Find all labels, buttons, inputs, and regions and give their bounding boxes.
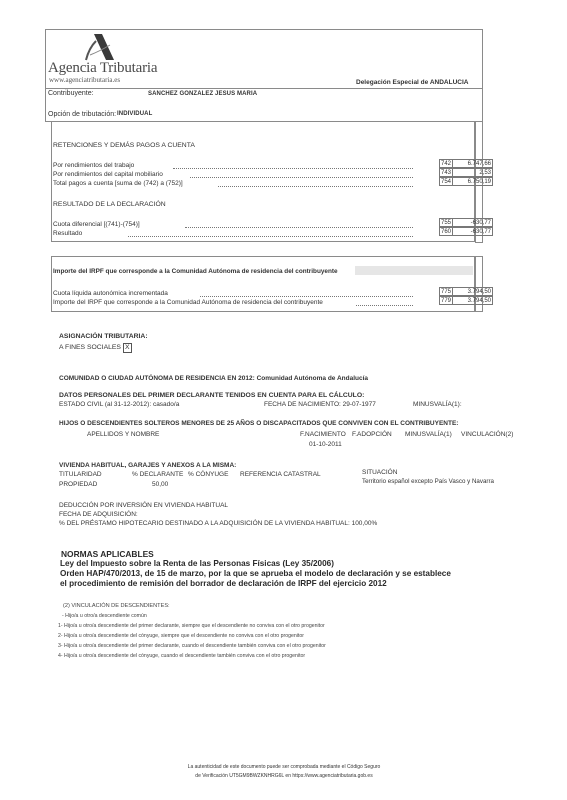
- col-titularidad: TITULARIDAD: [59, 471, 102, 478]
- normas-line: el procedimiento de remisión del borrado…: [60, 579, 387, 588]
- vivienda-situacion: Territorio español excepto País Vasco y …: [362, 478, 494, 485]
- casilla-code: 775: [439, 287, 453, 296]
- asignacion-line: A FINES SOCIALESX: [59, 343, 132, 353]
- vinculacion-item: 4- Hijo/a u otro/a descendiente del cóny…: [58, 653, 305, 659]
- estado-civil-label: ESTADO CIVIL (al 31-12-2012):: [59, 401, 151, 408]
- retencion-label: Por rendimientos del capital mobiliario: [53, 171, 163, 178]
- agency-url: www.agenciatributaria.es: [49, 76, 120, 84]
- agency-name: Agencia Tributaria: [48, 60, 157, 77]
- asignacion-label: A FINES SOCIALES: [59, 344, 121, 351]
- deduccion-fecha: FECHA DE ADQUISICIÓN:: [59, 511, 138, 518]
- casilla-code: 760: [439, 227, 453, 236]
- normas-line: Orden HAP/470/2013, de 15 de marzo, por …: [60, 569, 451, 578]
- leader-dots: [356, 305, 413, 306]
- vinculacion-item: 3- Hijo/a u otro/a descendiente del prim…: [58, 643, 326, 649]
- casilla-amount: -630,77: [453, 218, 493, 227]
- leader-dots: [200, 296, 413, 297]
- datos-personales-title: DATOS PERSONALES DEL PRIMER DECLARANTE T…: [59, 392, 364, 399]
- footer-line: de Verificación UT5GM9BWZKNHRG6L en http…: [134, 773, 434, 779]
- col-f-nacimiento: F.NACIMIENTO: [300, 431, 346, 438]
- col-declarante: % DECLARANTE: [132, 471, 183, 478]
- comunidad-label: COMUNIDAD O CIUDAD AUTÓNOMA DE RESIDENCI…: [59, 375, 255, 382]
- casilla-code: 755: [439, 218, 453, 227]
- col-f-adopcion: F.ADOPCIÓN: [352, 431, 392, 438]
- normas-line: Ley del Impuesto sobre la Renta de las P…: [60, 559, 334, 568]
- leader-dots: [185, 227, 413, 228]
- autonomica-title: Importe del IRPF que corresponde a la Co…: [53, 268, 338, 275]
- deduccion-prestamo: % DEL PRÉSTAMO HIPOTECARIO DESTINADO A L…: [59, 520, 377, 527]
- footer-line: La autenticidad de este documento puede …: [134, 764, 434, 770]
- casilla-amount: -630,77: [453, 227, 493, 236]
- normas-title: NORMAS APLICABLES: [61, 549, 154, 559]
- casilla-amount: 3.794,50: [453, 296, 493, 305]
- col-referencia: REFERENCIA CATASTRAL: [240, 471, 321, 478]
- retenciones-title: RETENCIONES Y DEMÁS PAGOS A CUENTA: [53, 142, 195, 149]
- col-conyuge: % CÓNYUGE: [188, 471, 228, 478]
- comunidad-value: Comunidad Autónoma de Andalucía: [257, 375, 368, 382]
- delegacion: Delegación Especial de ANDALUCIA: [356, 79, 468, 86]
- vivienda-titularidad: PROPIEDAD: [59, 481, 97, 488]
- retencion-label: Total pagos a cuenta [suma de (742) a (7…: [53, 180, 183, 187]
- divider: [475, 242, 483, 243]
- divider: [45, 88, 483, 89]
- leader-dots: [173, 168, 413, 169]
- hijo-f-nacimiento: 01-10-2011: [309, 441, 342, 448]
- resultado-label: Cuota diferencial [(741)-(754)]: [53, 221, 140, 228]
- casilla-amount: 2,53: [453, 168, 493, 177]
- resultado-label: Resultado: [53, 230, 82, 237]
- estado-civil-value: casado/a: [153, 401, 179, 408]
- leader-dots: [128, 236, 413, 237]
- estado-civil: ESTADO CIVIL (al 31-12-2012): casado/a: [59, 401, 179, 408]
- casilla-amount: 3.794,50: [453, 287, 493, 296]
- vinculacion-item: 2- Hijo/a u otro/a descendiente del cóny…: [58, 633, 304, 639]
- checkbox-fines-sociales: X: [123, 343, 132, 353]
- minusvalia-label: MINUSVALÍA(1):: [413, 401, 462, 408]
- casilla-code: 779: [439, 296, 453, 305]
- col-situacion: SITUACIÓN: [362, 469, 397, 476]
- hijos-title: HIJOS O DESCENDIENTES SOLTEROS MENORES D…: [59, 420, 458, 427]
- deduccion-title: DEDUCCIÓN POR INVERSIÓN EN VIVIENDA HABI…: [59, 502, 228, 509]
- comunidad-line: COMUNIDAD O CIUDAD AUTÓNOMA DE RESIDENCI…: [59, 375, 368, 382]
- retencion-label: Por rendimientos del trabajo: [53, 162, 134, 169]
- casilla-amount: 6.747,66: [453, 159, 493, 168]
- autonomica-label: Importe del IRPF que corresponde a la Co…: [53, 299, 323, 306]
- opcion-label: Opción de tributación:: [48, 111, 116, 118]
- casilla-code: 743: [439, 168, 453, 177]
- resultado-title: RESULTADO DE LA DECLARACIÓN: [53, 201, 166, 208]
- fecha-nac-value: 29-07-1977: [343, 401, 376, 408]
- casilla-amount: 6.750,19: [453, 177, 493, 186]
- fecha-nacimiento: FECHA DE NACIMIENTO: 29-07-1977: [264, 401, 376, 408]
- vivienda-title: VIVIENDA HABITUAL, GARAJES Y ANEXOS A LA…: [59, 462, 236, 469]
- col-apellidos: APELLIDOS Y NOMBRE: [87, 431, 159, 438]
- leader-dots: [218, 186, 413, 187]
- vinculacion-title: (2) VINCULACIÓN DE DESCENDIENTES:: [63, 603, 170, 609]
- opcion-value: INDIVIDUAL: [117, 111, 152, 117]
- casilla-code: 754: [439, 177, 453, 186]
- autonomica-label: Cuota líquida autonómica incrementada: [53, 290, 168, 297]
- leader-dots: [190, 177, 413, 178]
- shaded-band: [355, 266, 473, 275]
- agencia-tributaria-logo-icon: [80, 33, 116, 63]
- contribuyente-label: Contribuyente:: [48, 90, 94, 97]
- vinculacion-item: 1- Hijo/a u otro/a descendiente del prim…: [58, 623, 325, 629]
- col-vinculacion: VINCULACIÓN(2): [461, 431, 513, 438]
- fecha-nac-label: FECHA DE NACIMIENTO:: [264, 401, 341, 408]
- vinculacion-item: - Hijo/a u otro/a descendiente común: [62, 613, 147, 619]
- asignacion-title: ASIGNACIÓN TRIBUTARIA:: [59, 333, 148, 340]
- casilla-code: 742: [439, 159, 453, 168]
- contribuyente-value: SANCHEZ GONZALEZ JESUS MARIA: [148, 91, 257, 97]
- col-minusvalia: MINUSVALÍA(1): [405, 431, 452, 438]
- vivienda-declarante: 50,00: [152, 481, 168, 488]
